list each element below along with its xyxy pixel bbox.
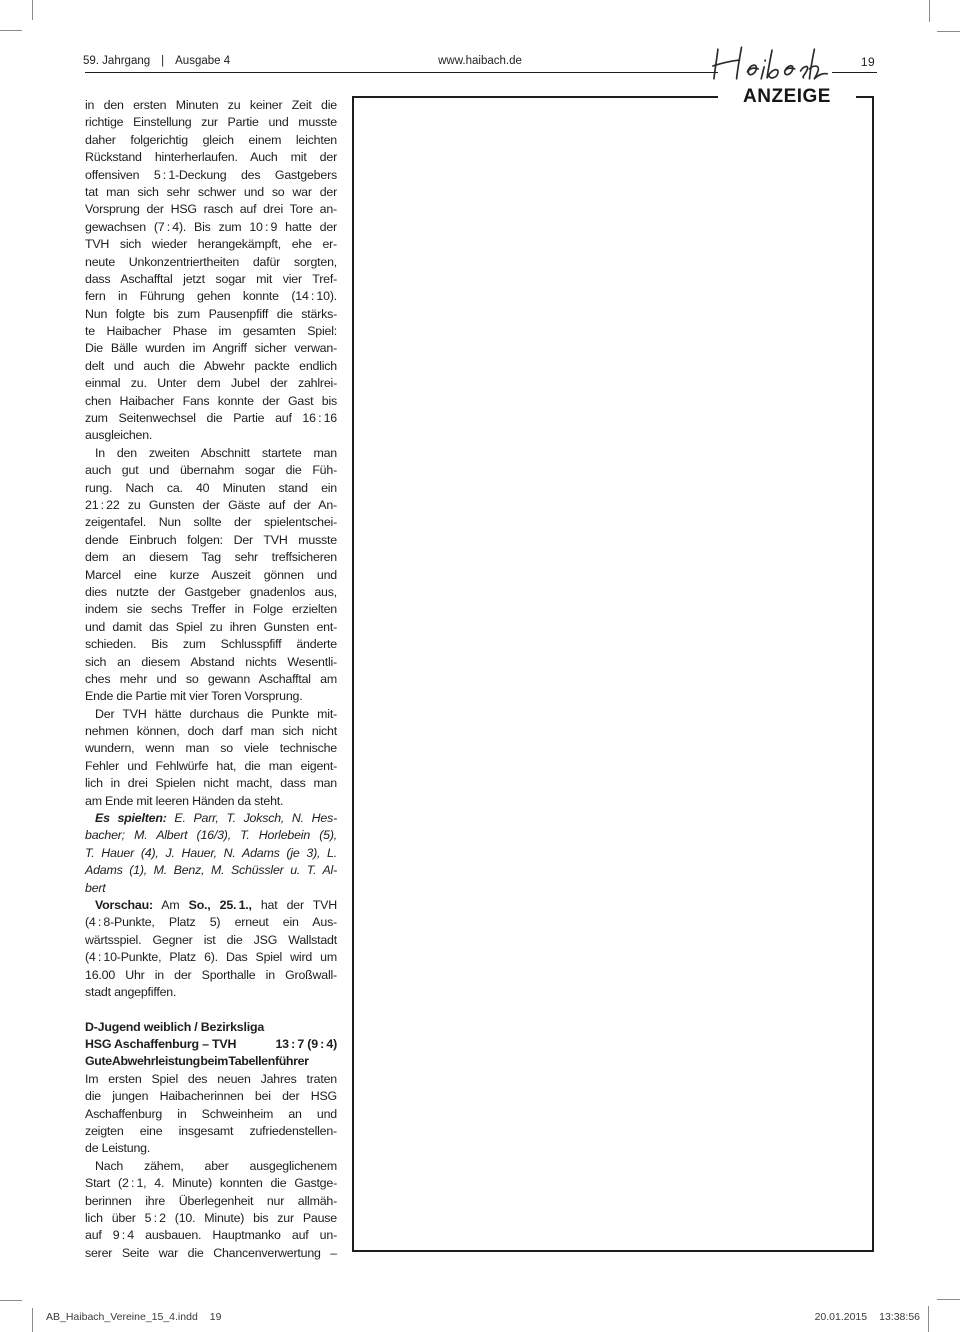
footer-timestamp: 20.01.2015 13:38:56 [815,1311,920,1323]
article-line: neute Unkonzentriertheiten dafür sorgten… [85,254,337,271]
footer-time: 13:38:56 [879,1311,920,1323]
article-line: auch gut und übernahm sogar die Füh- [85,462,337,479]
article-line: lich in drei Spielen nicht macht, dass m… [85,775,337,792]
article-line: nehmen können, doch darf man sich nicht [85,723,337,740]
article-column: in den ersten Minuten zu keiner Zeit die… [85,97,337,1262]
article-line: 21 : 22 zu Gunsten der Gäste auf der An- [85,497,337,514]
article-line: (4 : 8-Punkte, Platz 5) erneut ein Aus- [85,914,337,931]
article-line: wärtsspiel. Gegner ist die JSG Wallstadt [85,932,337,949]
article-line: (4 : 10-Punkte, Platz 6). Das Spiel wird… [85,949,337,966]
article-line: dende Einbruch folgen: Der TVH musste [85,532,337,549]
article-line: dem an diesem Tag sehr treffsicheren [85,549,337,566]
article-line: bert [85,880,337,897]
page: 59. Jahrgang | Ausgabe 4 www.haibach.de … [0,0,960,1332]
article-line: Es spielten: E. Parr, T. Joksch, N. Hes- [85,810,337,827]
article-line: de Leistung. [85,1140,337,1157]
article-line: ches mehr und so gewann Aschafftal am [85,671,337,688]
haibach-logo [710,40,838,88]
article-line: zeigten eine insgesamt zufriedenstellen- [85,1123,337,1140]
article-line: die jungen Haibacherinnen bei der HSG [85,1088,337,1105]
article-line: Gute Abwehrleistung beim Tabellenführer [85,1053,337,1070]
article-line: bacher; M. Albert (16/3), T. Horlebein (… [85,827,337,844]
article-line: stadt angepfiffen. [85,984,337,1001]
crop-mark-top-left-vertical [32,0,33,20]
article-line: auf 9 : 4 ausbauen. Hauptmanko auf un- [85,1227,337,1244]
article-line: HSG Aschaffenburg – TVH13 : 7 (9 : 4) [85,1036,337,1053]
crop-mark-bottom-right-vertical [928,1306,929,1332]
article-line: Der TVH hätte durchaus die Punkte mit- [85,706,337,723]
header-rule [85,72,718,73]
advertisement-box [352,96,874,1252]
page-number: 19 [856,55,880,69]
article-line: In den zweiten Abschnitt startete man [85,445,337,462]
article-line: D-Jugend weiblich / Bezirksliga [85,1019,337,1036]
article-line: Nach zähem, aber ausgeglichenem [85,1158,337,1175]
article-line: T. Hauer (4), J. Hauer, N. Adams (je 3),… [85,845,337,862]
article-line: Adams (1), M. Benz, M. Schüssler u. T. A… [85,862,337,879]
article-line: serer Seite war die Chancenverwertung – [85,1245,337,1262]
crop-mark-bottom-right-horizontal [937,1299,960,1300]
crop-mark-bottom-left-horizontal [0,1300,22,1301]
article-line: zum Seitenwechsel die Partie auf 16 : 16 [85,410,337,427]
article-line: Ende die Partie mit vier Toren Vorsprung… [85,688,337,705]
article-line: indem sie sechs Treffer in Folge erzielt… [85,601,337,618]
article-line: offensiven 5 : 1-Deckung des Gastgebers [85,167,337,184]
footer-page-number: 19 [210,1311,222,1323]
article-line: schieden. Bis zum Schlusspfiff änderte [85,636,337,653]
article-line: 16.00 Uhr in der Sporthalle in Großwall- [85,967,337,984]
header-rule-right [832,72,877,73]
article-line: chen Haibacher Fans konnte der Gast bis [85,393,337,410]
article-line: wundern, wenn man so viele technische [85,740,337,757]
article-line: sich an diesem Abstand nichts Wesentli- [85,654,337,671]
article-line: Vorschau: Am So., 25. 1., hat der TVH [85,897,337,914]
article-line: fern in Führung gehen konnte (14 : 10). [85,288,337,305]
article-line: delt und auch die Abwehr packte endlich [85,358,337,375]
footer-document-name: AB_Haibach_Vereine_15_4.indd [46,1311,198,1323]
article-line: berinnen ihre Überlegenheit nur allmäh- [85,1193,337,1210]
article-line: TVH sich wieder herangekämpft, ehe er- [85,236,337,253]
footer-document-info: AB_Haibach_Vereine_15_4.indd 19 [46,1311,221,1323]
article-line: Start (2 : 1, 4. Minute) konnten die Gas… [85,1175,337,1192]
article-line: einmal zu. Unter dem Jubel der zahlrei- [85,375,337,392]
crop-mark-top-left-horizontal [0,30,22,31]
crop-mark-top-right-horizontal [937,31,960,32]
article-line: Rückstand hinterherlaufen. Auch mit der [85,149,337,166]
article-line: Vorsprung der HSG rasch auf drei Tore an… [85,201,337,218]
article-line: gewachsen (7 : 4). Bis zum 10 : 9 hatte … [85,219,337,236]
article-line: Marcel eine kurze Auszeit gönnen und [85,567,337,584]
article-blank-line [85,1001,337,1018]
article-line: Aschaffenburg in Schweinheim an und [85,1106,337,1123]
article-line: und damit das Spiel zu ihren Gunsten ent… [85,619,337,636]
article-line: Die Bälle wurden im Angriff sicher verwa… [85,340,337,357]
article-line: Im ersten Spiel des neuen Jahres traten [85,1071,337,1088]
article-line: dies nutzte der Gastgeber gnadenlos aus, [85,584,337,601]
article-line: in den ersten Minuten zu keiner Zeit die [85,97,337,114]
article-line: zeigentafel. Nun sollte der spielentsche… [85,514,337,531]
article-line: rung. Nach ca. 40 Minuten stand ein [85,480,337,497]
article-line: tat man sich sehr schwer und so war der [85,184,337,201]
article-line: lich über 5 : 2 (10. Minute) bis zur Pau… [85,1210,337,1227]
article-line: Nun folgte bis zum Pausenpfiff die stärk… [85,306,337,323]
article-line: dass Aschafftal jetzt sogar mit vier Tre… [85,271,337,288]
article-line: te Haibacher Phase im gesamten Spiel: [85,323,337,340]
article-line: am Ende mit leeren Händen da steht. [85,793,337,810]
article-line: daher folgerichtig gleich einem leichten [85,132,337,149]
article-line: ausgleichen. [85,427,337,444]
crop-mark-top-right-vertical [929,0,930,22]
article-line: richtige Einstellung zur Partie und muss… [85,114,337,131]
article-line: Fehler und Fehlwürfe hat, die man eigent… [85,758,337,775]
advertisement-label: ANZEIGE [718,85,856,108]
footer-date: 20.01.2015 [815,1311,868,1323]
crop-mark-bottom-left-vertical [32,1308,33,1332]
